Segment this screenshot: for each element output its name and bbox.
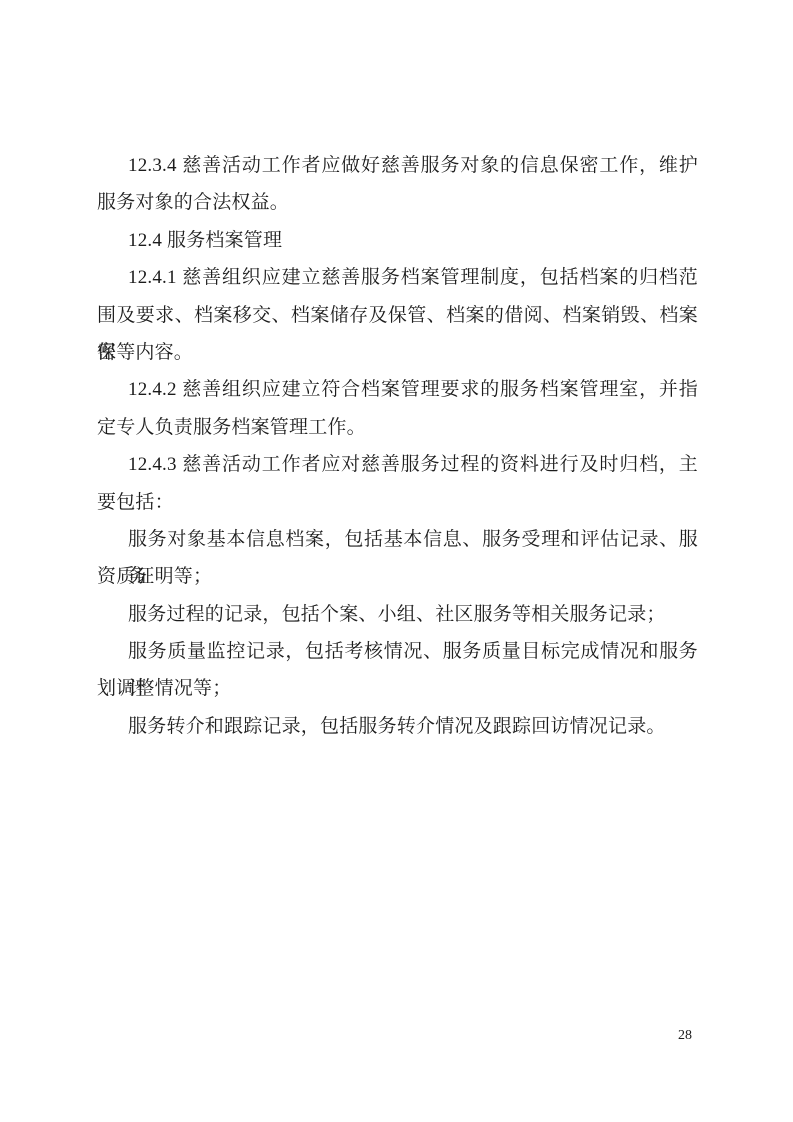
page-number: 28 (678, 1026, 692, 1046)
text-line-clause-12-4-2-cont: 定专人负责服务档案管理工作。 (97, 409, 698, 446)
text-line-item-quality-monitor-cont: 划调整情况等； (97, 670, 698, 707)
document-content: 12.3.4 慈善活动工作者应做好慈善服务对象的信息保密工作，维护 服务对象的合… (97, 147, 698, 745)
text-line-clause-12-4-1: 12.4.1 慈善组织应建立慈善服务档案管理制度，包括档案的归档范 (97, 259, 698, 296)
text-line-heading-12-4: 12.4 服务档案管理 (97, 222, 698, 259)
text-line-item-service-process: 服务过程的记录，包括个案、小组、社区服务等相关服务记录； (97, 596, 698, 633)
text-line-item-basic-info-cont: 资质证明等； (97, 558, 698, 595)
text-line-clause-12-4-2: 12.4.2 慈善组织应建立符合档案管理要求的服务档案管理室，并指 (97, 371, 698, 408)
text-line-clause-12-4-1-end: 密等内容。 (97, 334, 698, 371)
text-line-item-quality-monitor: 服务质量监控记录，包括考核情况、服务质量目标完成情况和服务计 (97, 633, 698, 670)
text-line-clause-12-4-3-cont: 要包括： (97, 484, 698, 521)
document-page: 12.3.4 慈善活动工作者应做好慈善服务对象的信息保密工作，维护 服务对象的合… (0, 0, 793, 1122)
text-line-clause-12-3-4-cont: 服务对象的合法权益。 (97, 184, 698, 221)
text-line-item-referral-tracking: 服务转介和跟踪记录，包括服务转介情况及跟踪回访情况记录。 (97, 708, 698, 745)
text-line-item-basic-info: 服务对象基本信息档案，包括基本信息、服务受理和评估记录、服务 (97, 521, 698, 558)
text-line-clause-12-4-3: 12.4.3 慈善活动工作者应对慈善服务过程的资料进行及时归档，主 (97, 446, 698, 483)
text-line-clause-12-3-4: 12.3.4 慈善活动工作者应做好慈善服务对象的信息保密工作，维护 (97, 147, 698, 184)
text-line-clause-12-4-1-cont: 围及要求、档案移交、档案储存及保管、档案的借阅、档案销毁、档案保 (97, 297, 698, 334)
